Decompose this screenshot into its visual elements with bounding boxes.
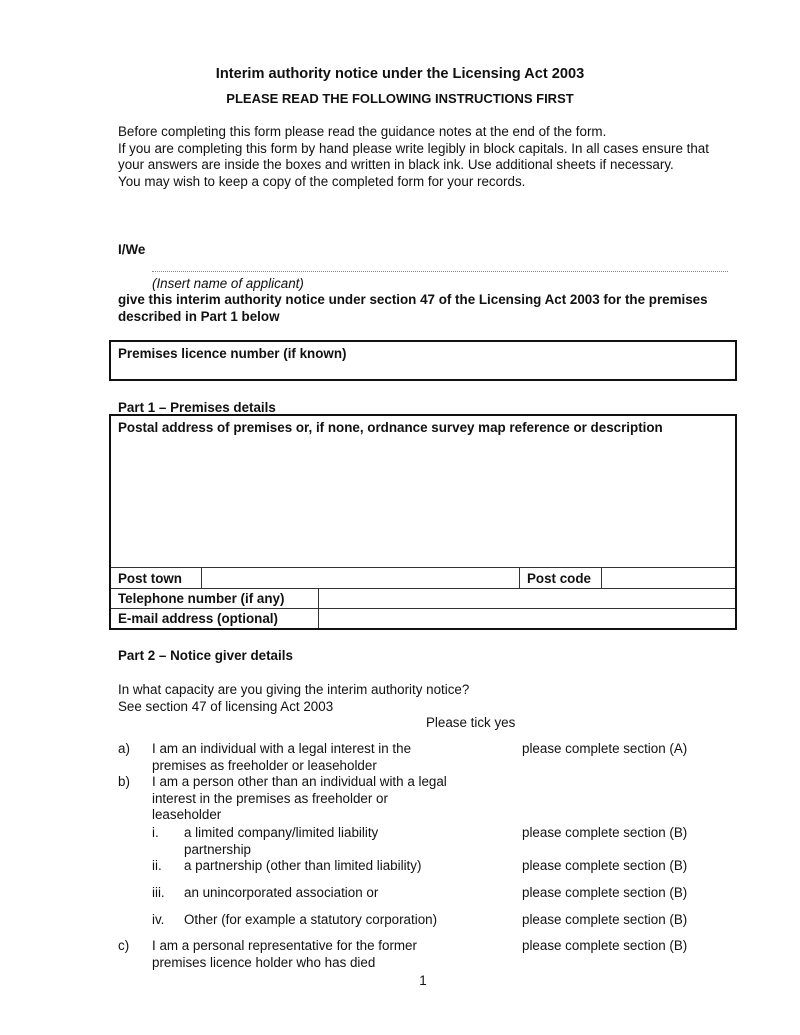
option-b-iv-text: Other (for example a statutory corporati…	[184, 912, 484, 929]
instruction-line: You may wish to keep a copy of the compl…	[118, 174, 738, 191]
page-number: 1	[0, 973, 800, 988]
option-a-text: I am an individual with a legal interest…	[152, 741, 452, 774]
applicant-name-field[interactable]	[152, 255, 728, 271]
post-row: Post town Post code	[111, 567, 735, 588]
telephone-row: Telephone number (if any)	[111, 588, 735, 608]
licence-number-label: Premises licence number (if known)	[111, 346, 346, 361]
tick-header: Please tick yes	[426, 715, 515, 730]
option-marker: c)	[118, 938, 129, 955]
instructions-heading: PLEASE READ THE FOLLOWING INSTRUCTIONS F…	[0, 91, 800, 106]
option-b-iii-action: please complete section (B)	[522, 885, 687, 902]
email-row: E-mail address (optional)	[111, 608, 735, 628]
telephone-label: Telephone number (if any)	[111, 591, 284, 606]
email-field[interactable]	[319, 609, 735, 628]
option-c-text: I am a personal representative for the f…	[152, 938, 452, 971]
applicant-name-hint: (Insert name of applicant)	[152, 276, 304, 291]
option-b-ii-text: a partnership (other than limited liabil…	[184, 858, 484, 875]
form-title: Interim authority notice under the Licen…	[0, 66, 800, 82]
post-town-field[interactable]	[202, 568, 520, 588]
option-b-text: I am a person other than an individual w…	[152, 774, 452, 824]
post-town-label: Post town	[111, 571, 182, 586]
option-marker: iv.	[152, 912, 164, 929]
instructions: Before completing this form please read …	[118, 124, 738, 190]
licence-number-box[interactable]: Premises licence number (if known)	[109, 340, 737, 381]
address-label: Postal address of premises or, if none, …	[111, 420, 663, 435]
capacity-question-line: See section 47 of licensing Act 2003	[118, 699, 738, 716]
option-marker: b)	[118, 774, 130, 791]
option-marker: iii.	[152, 885, 165, 902]
capacity-question-line: In what capacity are you giving the inte…	[118, 682, 738, 699]
option-b-iv-action: please complete section (B)	[522, 912, 687, 929]
capacity-question: In what capacity are you giving the inte…	[118, 682, 738, 715]
premises-details-table: Postal address of premises or, if none, …	[109, 414, 737, 630]
option-c-action: please complete section (B)	[522, 938, 687, 955]
option-marker: ii.	[152, 858, 162, 875]
option-marker: i.	[152, 825, 159, 842]
post-code-field[interactable]	[602, 568, 735, 588]
option-b-iii-text: an unincorporated association or	[184, 885, 484, 902]
applicant-label: I/We	[118, 242, 145, 257]
instruction-line: If you are completing this form by hand …	[118, 141, 738, 174]
option-b-i-text: a limited company/limited liability part…	[184, 825, 414, 858]
email-label: E-mail address (optional)	[111, 611, 278, 626]
telephone-field[interactable]	[319, 589, 735, 608]
applicant-name-line	[152, 271, 728, 272]
option-marker: a)	[118, 741, 130, 758]
notice-statement: give this interim authority notice under…	[118, 292, 718, 325]
address-field[interactable]: Postal address of premises or, if none, …	[111, 416, 735, 567]
option-b-i-action: please complete section (B)	[522, 825, 687, 842]
option-b-ii-action: please complete section (B)	[522, 858, 687, 875]
post-code-label: Post code	[520, 571, 591, 586]
instruction-line: Before completing this form please read …	[118, 124, 738, 141]
part2-heading: Part 2 – Notice giver details	[118, 648, 293, 663]
option-a-action: please complete section (A)	[522, 741, 687, 758]
part1-heading: Part 1 – Premises details	[118, 400, 276, 415]
